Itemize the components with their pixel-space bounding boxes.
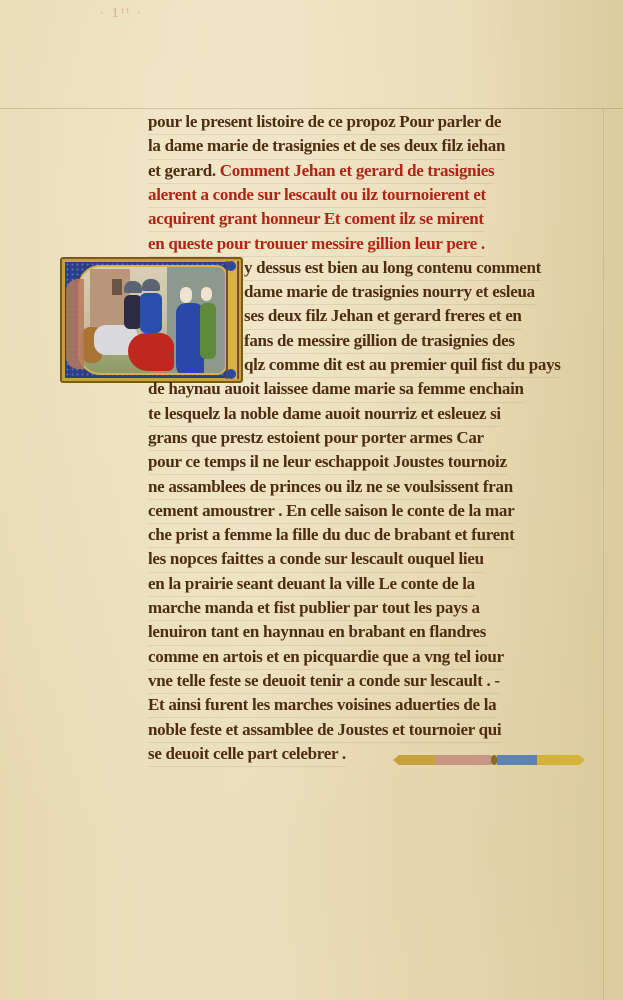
- filler-rose-segment: [435, 755, 491, 765]
- text-line: lenuiron tant en haynnau en brabant en f…: [148, 620, 486, 645]
- text-line: vne telle feste se deuoit tenir a conde …: [148, 669, 500, 694]
- ruling-line-top: [0, 108, 623, 109]
- text-segment: et gerard.: [148, 161, 216, 180]
- rider-figure: [140, 293, 162, 333]
- text-line: les nopces faittes a conde sur lescault …: [148, 547, 484, 572]
- hat: [124, 281, 142, 293]
- text-line: cement amoustrer . En celle saison le co…: [148, 499, 514, 524]
- text-line: te lesquelz la noble dame auoit nourriz …: [148, 402, 501, 427]
- rubric-heading: Comment Jehan et gerard de trasignies: [220, 161, 495, 180]
- line-filler-ornament: [393, 755, 585, 765]
- text-line: la dame marie de trasignies et de ses de…: [148, 134, 505, 159]
- hat: [142, 279, 160, 291]
- historiated-initial: [60, 257, 243, 383]
- text-line: de haynau auoit laissee dame marie sa fe…: [148, 377, 524, 402]
- folio-number: · 1ᵗᵗ ·: [100, 6, 143, 20]
- text-line: comme en artois et en picquardie que a v…: [148, 645, 504, 670]
- manuscript-page: · 1ᵗᵗ · pour le present listoire de ce p…: [0, 0, 623, 1000]
- rubric-line: acquirent grant honneur Et coment ilz se…: [148, 207, 484, 232]
- initial-bowl-ornament: [66, 279, 84, 369]
- text-line: dame marie de trasignies nourry et esleu…: [244, 280, 535, 305]
- text-line: se deuoit celle part celebrer .: [148, 742, 346, 767]
- text-line: en la prairie seant deuant la ville Le c…: [148, 572, 475, 597]
- lady-figure-green: [200, 303, 216, 359]
- text-line: marche manda et fist publier par tout le…: [148, 596, 480, 621]
- text-line: pour le present listoire de ce propoz Po…: [148, 110, 501, 135]
- text-line: che prist a femme la fille du duc de bra…: [148, 523, 514, 548]
- ruling-line-right: [603, 108, 604, 1000]
- text-line: qlz comme dit est au premier quil fist d…: [244, 353, 561, 378]
- text-line: Et ainsi furent les marches voisines adu…: [148, 693, 496, 718]
- text-line: et gerard. Comment Jehan et gerard de tr…: [148, 159, 494, 184]
- initial-stem: [226, 261, 239, 379]
- lady-head: [201, 287, 212, 301]
- text-line: pour ce temps il ne leur eschappoit Jous…: [148, 450, 507, 475]
- filler-gold-segment: [393, 755, 435, 765]
- knob-icon: [226, 261, 236, 271]
- text-line: ses deux filz Jehan et gerard freres et …: [244, 304, 522, 329]
- text-line: grans que prestz estoient pour porter ar…: [148, 426, 484, 451]
- red-cloak: [128, 333, 174, 371]
- miniature-scene: [78, 265, 227, 375]
- filler-blue-segment: [497, 755, 537, 765]
- rubric-line: en queste pour trouuer messire gillion l…: [148, 232, 485, 257]
- text-line: y dessus est bien au long contenu commen…: [244, 256, 541, 281]
- filler-gold-segment: [537, 755, 585, 765]
- lady-head: [180, 287, 192, 303]
- text-line: noble feste et assamblee de Joustes et t…: [148, 718, 501, 743]
- text-line: fans de messire gillion de trasignies de…: [244, 329, 515, 354]
- text-line: ne assamblees de princes ou ilz ne se vo…: [148, 475, 513, 500]
- rubric-line: alerent a conde sur lescault ou ilz tour…: [148, 183, 486, 208]
